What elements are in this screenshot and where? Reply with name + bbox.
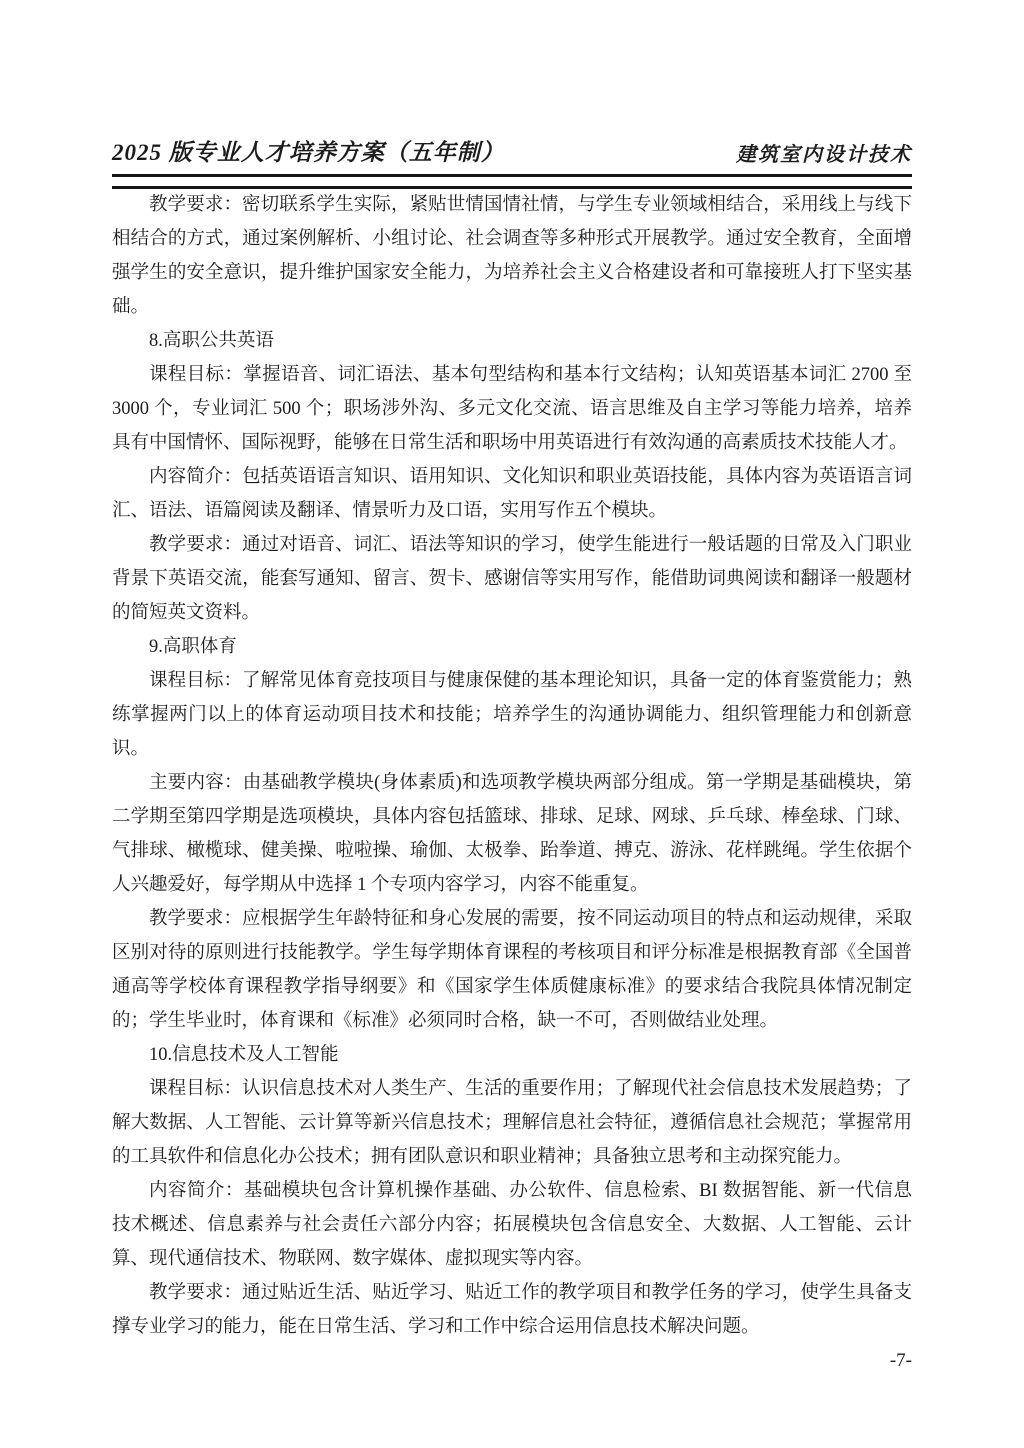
body-paragraph: 课程目标：认识信息技术对人类生产、生活的重要作用；了解现代社会信息技术发展趋势；… [112,1072,912,1174]
document-body: 教学要求：密切联系学生实际，紧贴世情国情社情，与学生专业领域相结合，采用线上与线… [112,188,912,1344]
section-heading: 10.信息技术及人工智能 [112,1038,912,1072]
body-paragraph: 内容简介：基础模块包含计算机操作基础、办公软件、信息检索、BI 数据智能、新一代… [112,1174,912,1276]
section-heading: 9.高职体育 [112,630,912,664]
header-right-title: 建筑室内设计技术 [736,138,912,167]
page-header: 2025 版专业人才培养方案（五年制） 建筑室内设计技术 [112,134,912,189]
section-heading: 8.高职公共英语 [112,324,912,358]
header-left-title: 2025 版专业人才培养方案（五年制） [112,134,505,167]
page-footer: -7- [112,1350,912,1372]
body-paragraph: 教学要求：密切联系学生实际，紧贴世情国情社情，与学生专业领域相结合，采用线上与线… [112,188,912,324]
body-paragraph: 课程目标：了解常见体育竞技项目与健康保健的基本理论知识，具备一定的体育鉴赏能力；… [112,664,912,766]
body-paragraph: 课程目标：掌握语音、词汇语法、基本句型结构和基本行文结构；认知英语基本词汇 27… [112,358,912,460]
document-page: 2025 版专业人才培养方案（五年制） 建筑室内设计技术 教学要求：密切联系学生… [0,0,1024,1448]
header-titles: 2025 版专业人才培养方案（五年制） 建筑室内设计技术 [112,134,912,167]
body-paragraph: 主要内容：由基础教学模块(身体素质)和选项教学模块两部分组成。第一学期是基础模块… [112,766,912,902]
body-paragraph: 教学要求：应根据学生年龄特征和身心发展的需要，按不同运动项目的特点和运动规律，采… [112,902,912,1038]
header-double-rule [112,174,912,189]
body-paragraph: 教学要求：通过对语音、词汇、语法等知识的学习，使学生能进行一般话题的日常及入门职… [112,528,912,630]
body-paragraph: 内容简介：包括英语语言知识、语用知识、文化知识和职业英语技能，具体内容为英语语言… [112,460,912,528]
body-paragraph: 教学要求：通过贴近生活、贴近学习、贴近工作的教学项目和教学任务的学习，使学生具备… [112,1276,912,1344]
page-number: -7- [890,1350,912,1371]
